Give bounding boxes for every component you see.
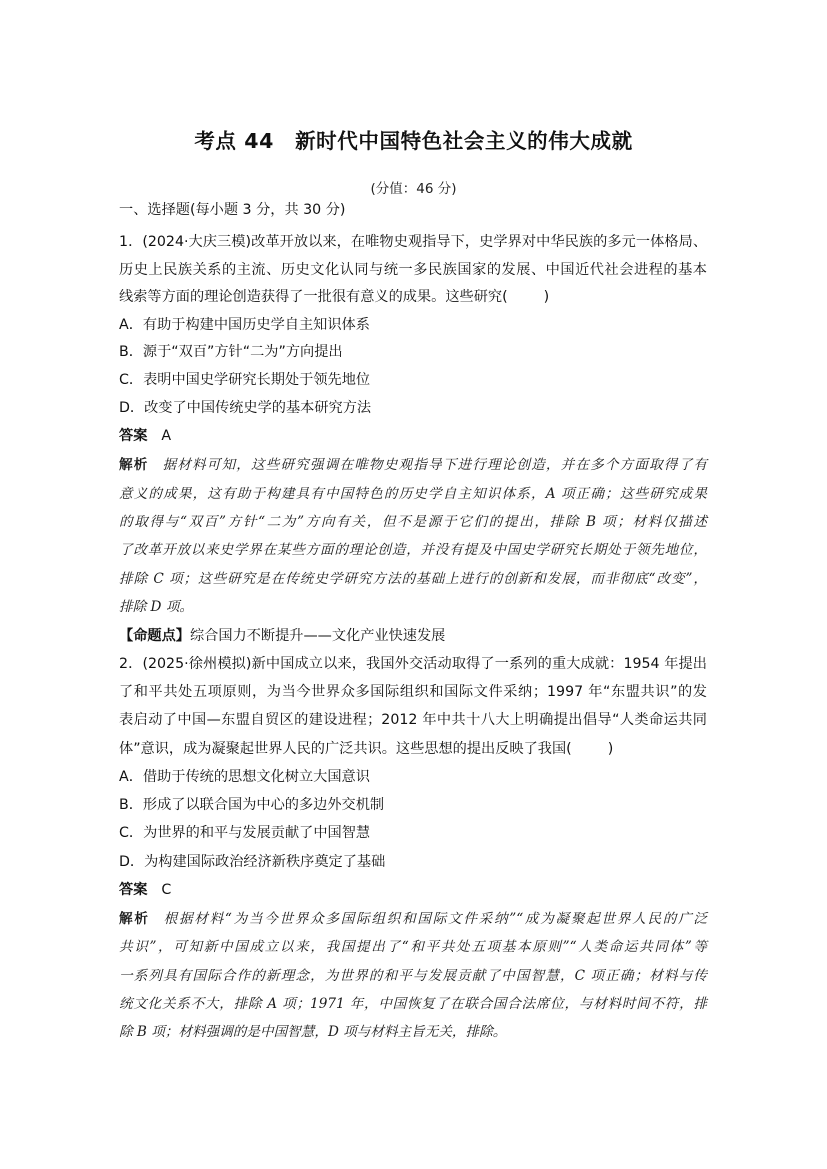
question-2-option-b: B．形成了以联合国为中心的多边外交机制 <box>119 795 707 815</box>
topic-point: 【命题点】综合国力不断提升——文化产业快速发展 <box>119 626 707 646</box>
question-1-answer: 答案A <box>119 426 707 446</box>
question-2-option-d: D．为构建国际政治经济新秩序奠定了基础 <box>119 852 707 872</box>
section-heading: 一、选择题(每小题 3 分，共 30 分) <box>119 200 707 220</box>
question-2-stem-line-3: 表启动了中国—东盟自贸区的建设进程；2012 年中共十八大上明确提出倡导“人类命… <box>119 710 707 730</box>
stem-text: 线索等方面的理论创造获得了一批很有意义的成果。这些研究( <box>119 289 508 305</box>
question-1-option-b: B．源于“双百”方针“二为”方向提出 <box>119 342 707 362</box>
stem-text: 体”意识，成为凝聚起世界人民的广泛共识。这些思想的提出反映了我国( <box>119 741 572 757</box>
question-number: 1． <box>119 234 142 250</box>
analysis-text: 根据材料“为当今世界众多国际组织和国际文件采纳”“成为凝聚起世界人民的广泛 <box>164 911 707 927</box>
question-2-option-c: C．为世界的和平与发展贡献了中国智慧 <box>119 823 707 843</box>
question-2-option-a: A．借助于传统的思想文化树立大国意识 <box>119 767 707 787</box>
question-2-analysis-line-2: 共识”，可知新中国成立以来，我国提出了“和平共处五项基本原则”“人类命运共同体”… <box>119 937 707 957</box>
stem-close: ) <box>608 741 614 757</box>
question-source: (2025·徐州模拟) <box>142 656 251 672</box>
stem-text: 新中国成立以来，我国外交活动取得了一系列的重大成就：1954 年提出 <box>251 656 707 672</box>
question-1-analysis-line-3: 的取得与“双百”方针“二为”方向有关，但不是源于它们的提出，排除 B 项；材料仅… <box>119 512 707 532</box>
question-2-stem-line-2: 了和平共处五项原则，为当今世界众多国际组织和国际文件采纳；1997 年“东盟共识… <box>119 682 707 702</box>
analysis-label: 解析 <box>119 457 149 473</box>
analysis-text: 据材料可知，这些研究强调在唯物史观指导下进行理论创造，并在多个方面取得了有 <box>163 457 708 473</box>
score-note: (分值：46 分) <box>0 180 827 198</box>
analysis-label: 解析 <box>119 911 150 927</box>
question-2-analysis-line-5: 除 B 项；材料强调的是中国智慧，D 项与材料主旨无关，排除。 <box>119 1022 707 1042</box>
stem-text: 改革开放以来，在唯物史观指导下，史学界对中华民族的多元一体格局、 <box>251 234 707 250</box>
stem-close: ) <box>544 289 550 305</box>
page-title: 考点 44 新时代中国特色社会主义的伟大成就 <box>0 128 827 154</box>
answer-value: C <box>161 882 171 898</box>
question-1-stem-line-2: 历史上民族关系的主流、历史文化认同与统一多民族国家的发展、中国近代社会进程的基本 <box>119 260 707 280</box>
answer-label: 答案 <box>119 428 147 444</box>
question-2-stem-line-1: 2．(2025·徐州模拟)新中国成立以来，我国外交活动取得了一系列的重大成就：1… <box>119 654 707 674</box>
question-source: (2024·大庆三模) <box>142 234 251 250</box>
question-1-option-c: C．表明中国史学研究长期处于领先地位 <box>119 370 707 390</box>
question-2-answer: 答案C <box>119 880 707 900</box>
question-1-analysis-line-1: 解析据材料可知，这些研究强调在唯物史观指导下进行理论创造，并在多个方面取得了有 <box>119 455 707 475</box>
question-1-analysis-line-2: 意义的成果，这有助于构建具有中国特色的历史学自主知识体系，A 项正确；这些研究成… <box>119 484 707 504</box>
topic-point-label: 【命题点】 <box>119 628 190 644</box>
topic-point-text: 综合国力不断提升——文化产业快速发展 <box>190 628 445 644</box>
question-2-analysis-line-1: 解析根据材料“为当今世界众多国际组织和国际文件采纳”“成为凝聚起世界人民的广泛 <box>119 909 707 929</box>
question-1-analysis-line-4: 了改革开放以来史学界在某些方面的理论创造，并没有提及中国史学研究长期处于领先地位… <box>119 540 707 560</box>
answer-value: A <box>161 428 171 444</box>
question-1-analysis-line-5: 排除 C 项；这些研究是在传统史学研究方法的基础上进行的创新和发展，而非彻底“改… <box>119 569 707 589</box>
question-1-stem-line-3: 线索等方面的理论创造获得了一批很有意义的成果。这些研究() <box>119 287 707 307</box>
question-1-stem-line-1: 1．(2024·大庆三模)改革开放以来，在唯物史观指导下，史学界对中华民族的多元… <box>119 232 707 252</box>
question-2-analysis-line-3: 一系列具有国际合作的新理念，为世界的和平与发展贡献了中国智慧，C 项正确；材料与… <box>119 966 707 986</box>
question-2-analysis-line-4: 统文化关系不大，排除 A 项；1971 年，中国恢复了在联合国合法席位，与材料时… <box>119 994 707 1014</box>
question-number: 2． <box>119 656 142 672</box>
question-1-option-a: A．有助于构建中国历史学自主知识体系 <box>119 315 707 335</box>
question-2-stem-line-4: 体”意识，成为凝聚起世界人民的广泛共识。这些思想的提出反映了我国() <box>119 739 707 759</box>
question-1-analysis-line-6: 排除 D 项。 <box>119 597 707 617</box>
question-1-option-d: D．改变了中国传统史学的基本研究方法 <box>119 398 707 418</box>
document-page: 考点 44 新时代中国特色社会主义的伟大成就 (分值：46 分) 一、选择题(每… <box>0 0 827 1169</box>
answer-label: 答案 <box>119 882 147 898</box>
